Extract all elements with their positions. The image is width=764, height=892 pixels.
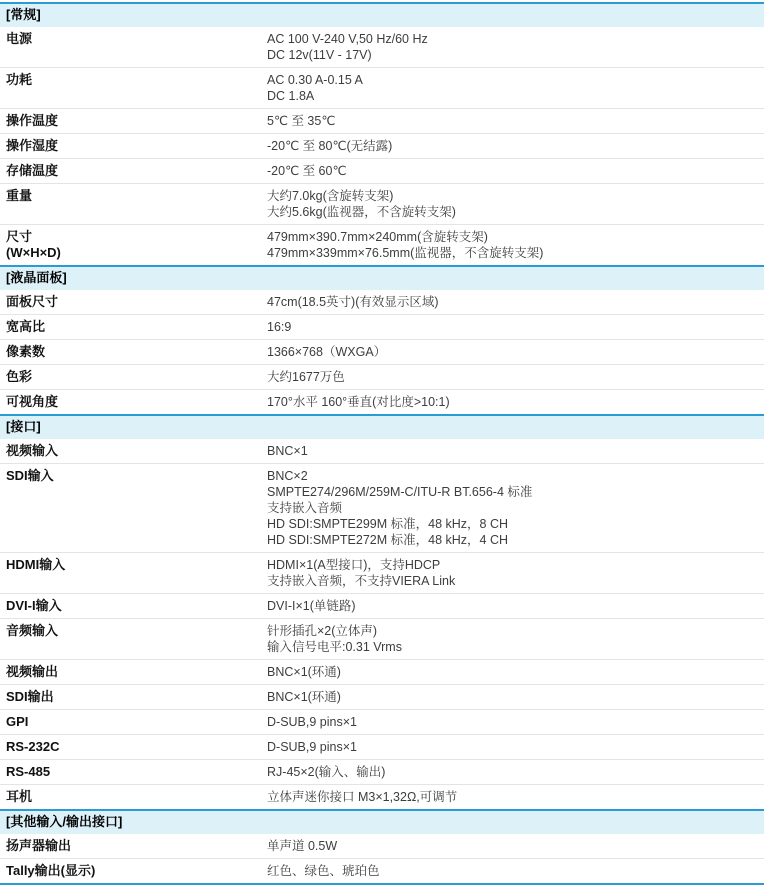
spec-value-line: HD SDI:SMPTE272M 标准，48 kHz，4 CH	[267, 532, 764, 548]
spec-value-line: 支持嵌入音频，不支持VIERA Link	[267, 573, 764, 589]
spec-value-line: D-SUB,9 pins×1	[267, 739, 764, 755]
spec-label-text: 耳机	[6, 789, 267, 805]
spec-label-text: 面板尺寸	[6, 294, 267, 310]
section-header-other-io: [其他输入/输出接口]	[0, 809, 764, 834]
spec-label: 功耗	[0, 72, 267, 88]
spec-value-line: 立体声迷你接口 M3×1,32Ω,可调节	[267, 789, 764, 805]
spec-value-line: 大约5.6kg(监视器，不含旋转支架)	[267, 204, 764, 220]
spec-value-line: 479mm×390.7mm×240mm(含旋转支架)	[267, 229, 764, 245]
spec-row-sdi-output: SDI输出 BNC×1(环通)	[0, 685, 764, 710]
spec-label: SDI输入	[0, 468, 267, 484]
spec-label-text: 像素数	[6, 344, 267, 360]
spec-label-text: 音频输入	[6, 623, 267, 639]
spec-label: 像素数	[0, 344, 267, 360]
spec-value-line: DVI-I×1(单链路)	[267, 598, 764, 614]
spec-value: RJ-45×2(输入、输出)	[267, 764, 764, 780]
spec-value: HDMI×1(A型接口)，支持HDCP 支持嵌入音频，不支持VIERA Link	[267, 557, 764, 589]
spec-value: AC 0.30 A-0.15 A DC 1.8A	[267, 72, 764, 104]
spec-value: D-SUB,9 pins×1	[267, 714, 764, 730]
spec-label-text: 宽高比	[6, 319, 267, 335]
spec-value: AC 100 V-240 V,50 Hz/60 Hz DC 12v(11V - …	[267, 31, 764, 63]
spec-value-line: D-SUB,9 pins×1	[267, 714, 764, 730]
spec-row-panel-size: 面板尺寸 47cm(18.5英寸)(有效显示区域)	[0, 290, 764, 315]
spec-value-line: 支持嵌入音频	[267, 500, 764, 516]
spec-value-line: 1366×768（WXGA）	[267, 344, 764, 360]
spec-label-text: SDI输出	[6, 689, 267, 705]
spec-value-line: 输入信号电平:0.31 Vrms	[267, 639, 764, 655]
spec-value-line: 单声道 0.5W	[267, 838, 764, 854]
spec-value: 单声道 0.5W	[267, 838, 764, 854]
spec-label: GPI	[0, 714, 267, 730]
spec-value-line: SMPTE274/296M/259M-C/ITU-R BT.656-4 标准	[267, 484, 764, 500]
spec-value-line: BNC×1(环通)	[267, 689, 764, 705]
spec-value-line: AC 100 V-240 V,50 Hz/60 Hz	[267, 31, 764, 47]
spec-table: [常规] 电源 AC 100 V-240 V,50 Hz/60 Hz DC 12…	[0, 0, 764, 885]
spec-label: RS-485	[0, 764, 267, 780]
spec-value-line: RJ-45×2(输入、输出)	[267, 764, 764, 780]
spec-label-text: RS-232C	[6, 739, 267, 755]
spec-value: 479mm×390.7mm×240mm(含旋转支架) 479mm×339mm×7…	[267, 229, 764, 261]
spec-value-line: BNC×1	[267, 443, 764, 459]
spec-label: SDI输出	[0, 689, 267, 705]
spec-row-headphone: 耳机 立体声迷你接口 M3×1,32Ω,可调节	[0, 785, 764, 809]
spec-label: 色彩	[0, 369, 267, 385]
spec-label-text: 视频输入	[6, 443, 267, 459]
spec-label-text: HDMI输入	[6, 557, 267, 573]
spec-label-text: 扬声器输出	[6, 838, 267, 854]
spec-label-text: 操作温度	[6, 113, 267, 129]
spec-row-dimensions: 尺寸 (W×H×D) 479mm×390.7mm×240mm(含旋转支架) 47…	[0, 225, 764, 265]
spec-label: DVI-I输入	[0, 598, 267, 614]
spec-value-line: 大约1677万色	[267, 369, 764, 385]
spec-value-line: 16:9	[267, 319, 764, 335]
spec-value-line: AC 0.30 A-0.15 A	[267, 72, 764, 88]
spec-label: 操作湿度	[0, 138, 267, 154]
spec-value: 红色、绿色、琥珀色	[267, 863, 764, 879]
spec-row-video-input: 视频输入 BNC×1	[0, 439, 764, 464]
spec-value: 170°水平 160°垂直(对比度>10:1)	[267, 394, 764, 410]
spec-label: 耳机	[0, 789, 267, 805]
spec-row-audio-input: 音频输入 针形插孔×2(立体声) 输入信号电平:0.31 Vrms	[0, 619, 764, 660]
spec-label-text: Tally输出(显示)	[6, 863, 267, 879]
spec-value-line: 5℃ 至 35℃	[267, 113, 764, 129]
spec-value: BNC×2 SMPTE274/296M/259M-C/ITU-R BT.656-…	[267, 468, 764, 548]
spec-value: 47cm(18.5英寸)(有效显示区域)	[267, 294, 764, 310]
spec-row-gpi: GPI D-SUB,9 pins×1	[0, 710, 764, 735]
spec-row-sdi-input: SDI输入 BNC×2 SMPTE274/296M/259M-C/ITU-R B…	[0, 464, 764, 553]
spec-label-text: 电源	[6, 31, 267, 47]
spec-value-line: BNC×1(环通)	[267, 664, 764, 680]
spec-row-dvi-input: DVI-I输入 DVI-I×1(单链路)	[0, 594, 764, 619]
spec-row-viewing-angle: 可视角度 170°水平 160°垂直(对比度>10:1)	[0, 390, 764, 414]
spec-value-line: HDMI×1(A型接口)，支持HDCP	[267, 557, 764, 573]
section-header-lcd-panel: [液晶面板]	[0, 265, 764, 290]
spec-label: 扬声器输出	[0, 838, 267, 854]
spec-label-text: 功耗	[6, 72, 267, 88]
spec-value: BNC×1	[267, 443, 764, 459]
spec-label-text: 尺寸	[6, 229, 267, 245]
spec-label: 视频输入	[0, 443, 267, 459]
spec-value-line: 170°水平 160°垂直(对比度>10:1)	[267, 394, 764, 410]
spec-label-text: GPI	[6, 714, 267, 730]
spec-value: -20℃ 至 80℃(无结露)	[267, 138, 764, 154]
spec-label: 重量	[0, 188, 267, 204]
spec-label-text: SDI输入	[6, 468, 267, 484]
spec-value: 立体声迷你接口 M3×1,32Ω,可调节	[267, 789, 764, 805]
spec-row-hdmi-input: HDMI输入 HDMI×1(A型接口)，支持HDCP 支持嵌入音频，不支持VIE…	[0, 553, 764, 594]
spec-row-power: 电源 AC 100 V-240 V,50 Hz/60 Hz DC 12v(11V…	[0, 27, 764, 68]
spec-label-text: 操作湿度	[6, 138, 267, 154]
spec-row-storage-temp: 存储温度 -20℃ 至 60℃	[0, 159, 764, 184]
spec-label: 音频输入	[0, 623, 267, 639]
spec-value: 大约7.0kg(含旋转支架) 大约5.6kg(监视器，不含旋转支架)	[267, 188, 764, 220]
spec-row-speaker-output: 扬声器输出 单声道 0.5W	[0, 834, 764, 859]
spec-value-line: 大约7.0kg(含旋转支架)	[267, 188, 764, 204]
spec-value: D-SUB,9 pins×1	[267, 739, 764, 755]
spec-value-line: 针形插孔×2(立体声)	[267, 623, 764, 639]
spec-label-text: 视频输出	[6, 664, 267, 680]
spec-label: 存储温度	[0, 163, 267, 179]
spec-label-text: 可视角度	[6, 394, 267, 410]
spec-value-line: -20℃ 至 60℃	[267, 163, 764, 179]
spec-row-weight: 重量 大约7.0kg(含旋转支架) 大约5.6kg(监视器，不含旋转支架)	[0, 184, 764, 225]
spec-value: 5℃ 至 35℃	[267, 113, 764, 129]
spec-value-line: HD SDI:SMPTE299M 标准，48 kHz，8 CH	[267, 516, 764, 532]
spec-value: BNC×1(环通)	[267, 664, 764, 680]
spec-value-line: 红色、绿色、琥珀色	[267, 863, 764, 879]
spec-value-line: DC 12v(11V - 17V)	[267, 47, 764, 63]
spec-label: 面板尺寸	[0, 294, 267, 310]
spec-row-operating-temp: 操作温度 5℃ 至 35℃	[0, 109, 764, 134]
spec-value: 1366×768（WXGA）	[267, 344, 764, 360]
spec-label-text: 存储温度	[6, 163, 267, 179]
spec-row-operating-humidity: 操作湿度 -20℃ 至 80℃(无结露)	[0, 134, 764, 159]
section-header-interfaces: [接口]	[0, 414, 764, 439]
spec-row-rs232c: RS-232C D-SUB,9 pins×1	[0, 735, 764, 760]
spec-value-line: 47cm(18.5英寸)(有效显示区域)	[267, 294, 764, 310]
spec-label: HDMI输入	[0, 557, 267, 573]
spec-label: RS-232C	[0, 739, 267, 755]
spec-row-aspect-ratio: 宽高比 16:9	[0, 315, 764, 340]
spec-label: 尺寸 (W×H×D)	[0, 229, 267, 261]
spec-value: 16:9	[267, 319, 764, 335]
spec-row-colors: 色彩 大约1677万色	[0, 365, 764, 390]
spec-label-text: 重量	[6, 188, 267, 204]
spec-value: -20℃ 至 60℃	[267, 163, 764, 179]
spec-value: 大约1677万色	[267, 369, 764, 385]
spec-label: 操作温度	[0, 113, 267, 129]
spec-value: DVI-I×1(单链路)	[267, 598, 764, 614]
spec-label: 可视角度	[0, 394, 267, 410]
spec-value-line: BNC×2	[267, 468, 764, 484]
spec-label-text: (W×H×D)	[6, 245, 267, 261]
spec-label-text: 色彩	[6, 369, 267, 385]
section-header-general: [常规]	[0, 2, 764, 27]
spec-label: Tally输出(显示)	[0, 863, 267, 879]
spec-label: 电源	[0, 31, 267, 47]
spec-row-rs485: RS-485 RJ-45×2(输入、输出)	[0, 760, 764, 785]
spec-value-line: 479mm×339mm×76.5mm(监视器，不含旋转支架)	[267, 245, 764, 261]
spec-row-video-output: 视频输出 BNC×1(环通)	[0, 660, 764, 685]
spec-label-text: RS-485	[6, 764, 267, 780]
spec-value: BNC×1(环通)	[267, 689, 764, 705]
spec-value: 针形插孔×2(立体声) 输入信号电平:0.31 Vrms	[267, 623, 764, 655]
spec-row-consumption: 功耗 AC 0.30 A-0.15 A DC 1.8A	[0, 68, 764, 109]
spec-label: 视频输出	[0, 664, 267, 680]
spec-value-line: DC 1.8A	[267, 88, 764, 104]
spec-row-pixels: 像素数 1366×768（WXGA）	[0, 340, 764, 365]
spec-label-text: DVI-I输入	[6, 598, 267, 614]
spec-label: 宽高比	[0, 319, 267, 335]
spec-value-line: -20℃ 至 80℃(无结露)	[267, 138, 764, 154]
spec-row-tally-output: Tally输出(显示) 红色、绿色、琥珀色	[0, 859, 764, 883]
